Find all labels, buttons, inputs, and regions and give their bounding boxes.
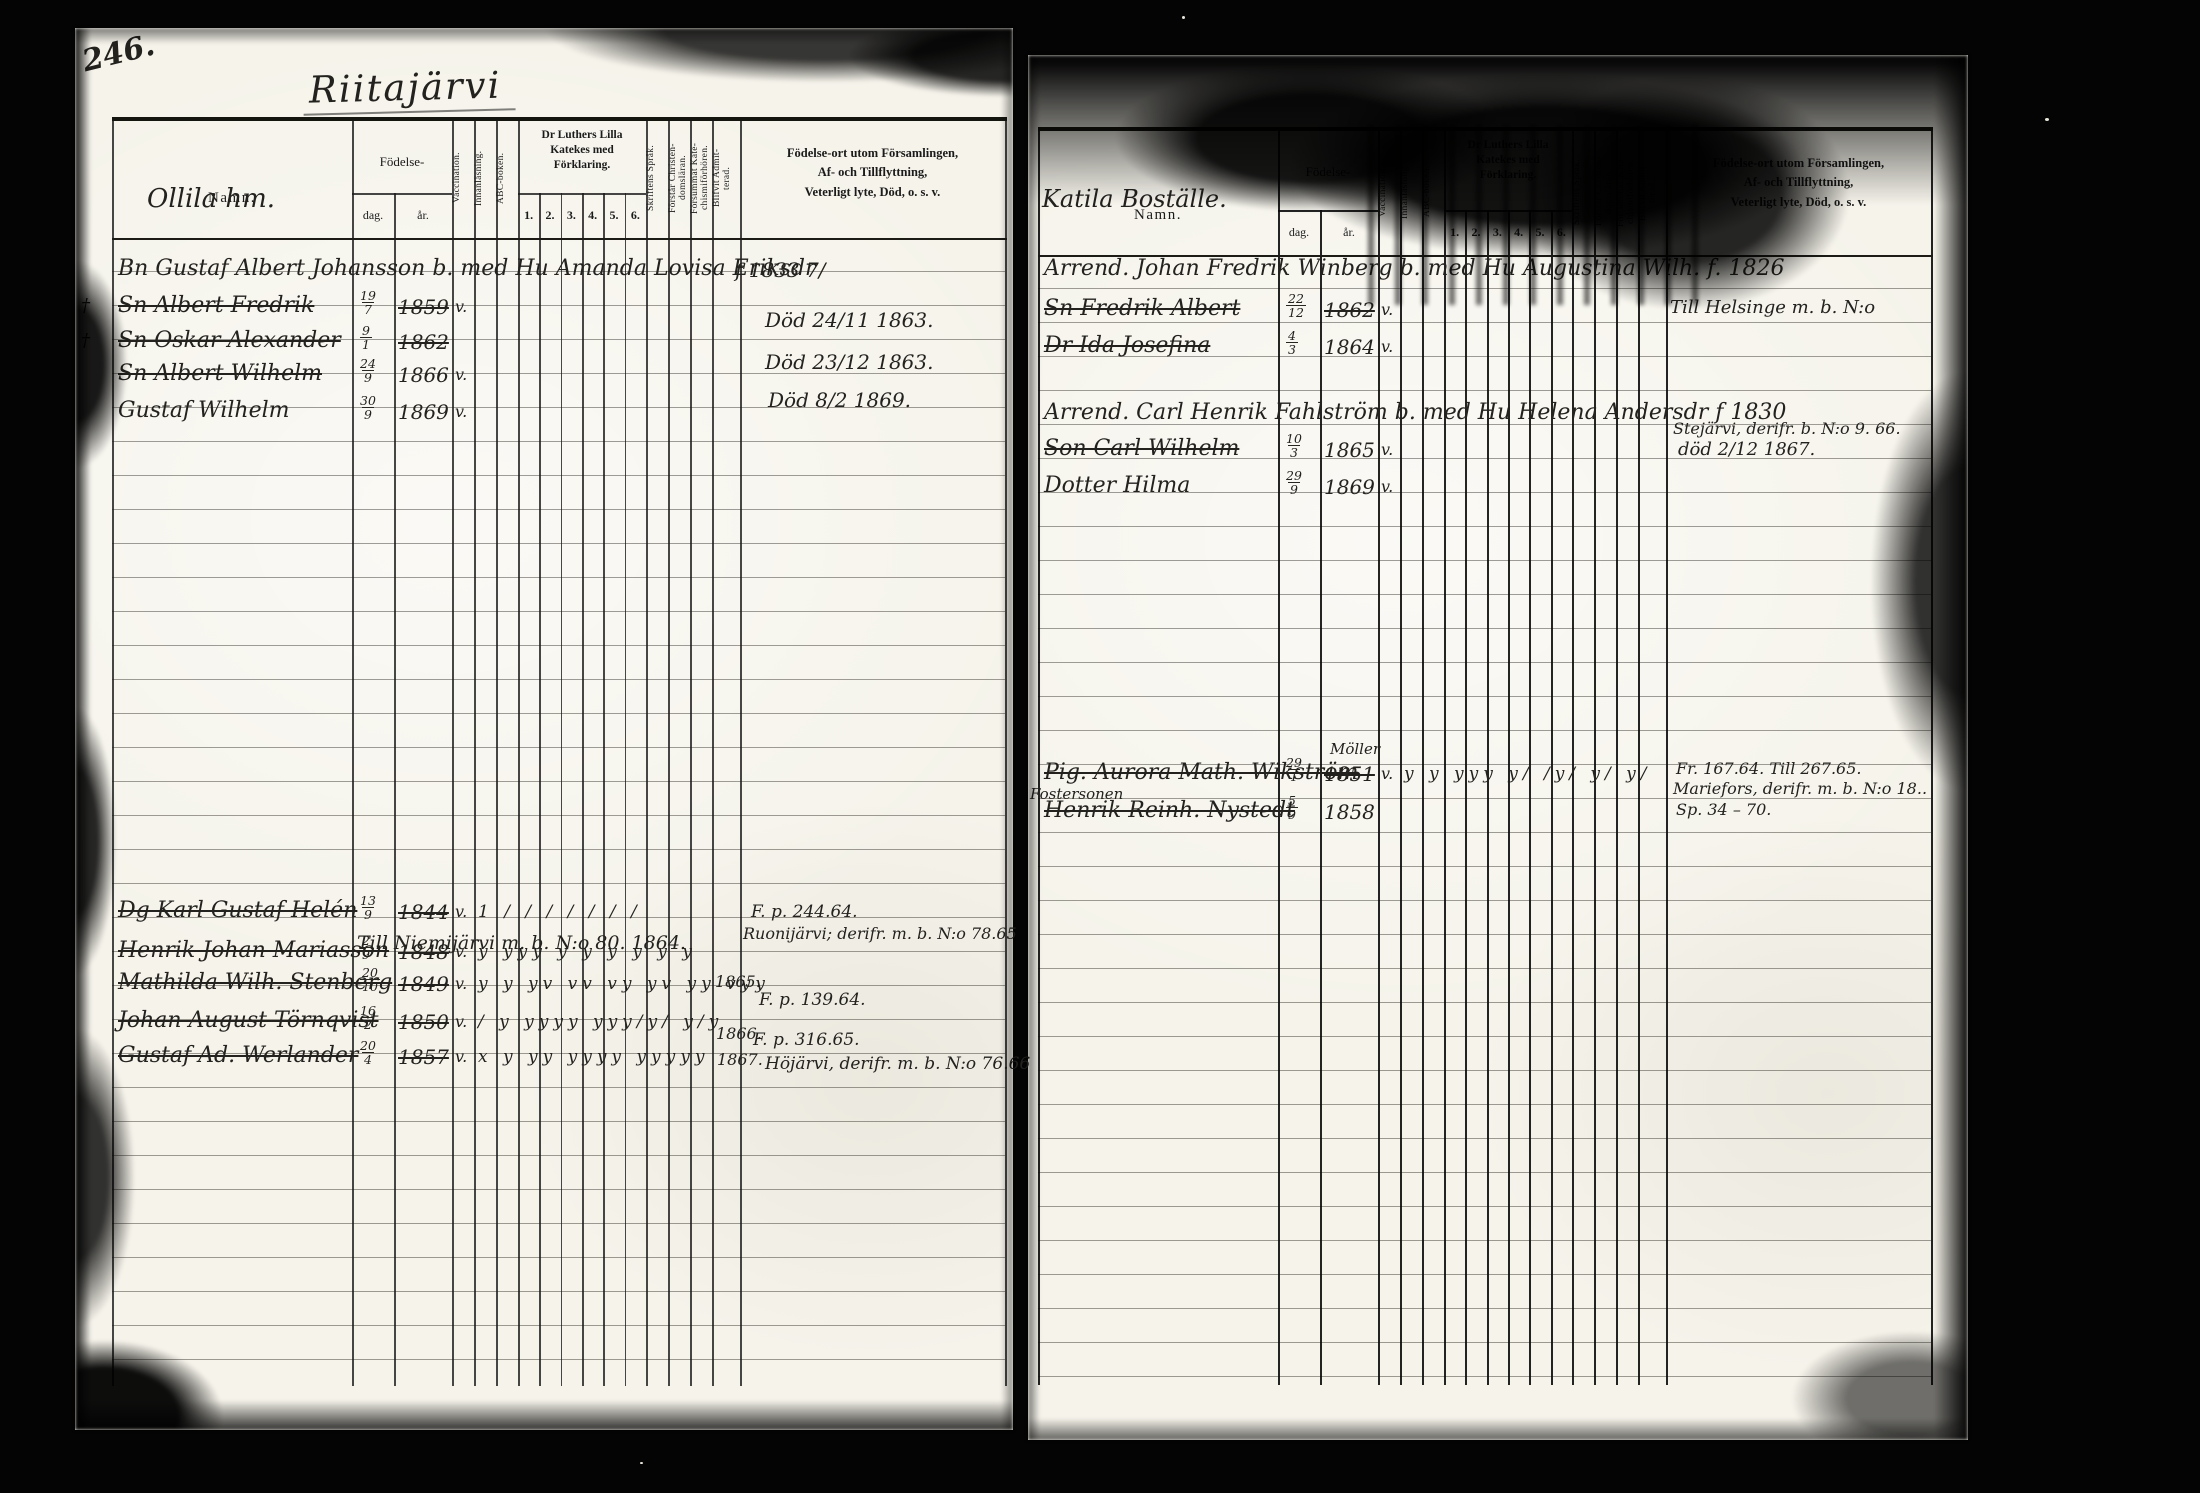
header-remarks-line: Af- och Tillflyttning, [1670, 173, 1927, 192]
frac-top: 13 [360, 894, 376, 907]
entry-birth-year: 1862 [398, 330, 449, 354]
frac-top: 30 [360, 394, 376, 407]
handwritten-note: Mariefors, derifr. m. b. N:o 18.. [1673, 779, 1927, 798]
entry-birth-day: 249 [360, 357, 376, 384]
header-katekes-num: 4. [1508, 225, 1529, 240]
entry-birth-day: 291 [1286, 756, 1302, 783]
handwritten-note: Höjärvi, derifr. m. b. N:o 76.66 [765, 1054, 1030, 1074]
header-katekes-num: 6. [625, 208, 646, 223]
header-ar: år. [1320, 225, 1378, 240]
column-line [1616, 130, 1618, 1385]
handwritten-note: Ruonijärvi; derifr. m. b. N:o 78.65 [743, 924, 1017, 943]
left-page: 246. Riitajärvi Ollila hm. Namn.Födelse-… [75, 28, 1013, 1430]
entry-name: Mathilda Wilh. Stenberg [118, 970, 392, 995]
entry-examination-marks: / y yyyy yyy/y/ y/y [478, 1012, 723, 1032]
dust-speck [640, 1462, 643, 1464]
entry-name: Dg Karl Gustaf Helén [118, 898, 357, 923]
entry-birth-year: 1850 [398, 1010, 449, 1034]
entry-examination-marks: y y yyy y/ /y/ y/ y/ [1404, 764, 1652, 784]
frac-top: 10 [1286, 432, 1302, 445]
column-line [474, 120, 476, 1386]
column-line [1508, 210, 1510, 1385]
header-fodelse: Födelse- [352, 154, 452, 170]
katekes-split-line [518, 193, 646, 195]
entry-birth-day: 299 [1286, 469, 1302, 496]
header-remarks: Födelse-ort utom Församlingen,Af- och Ti… [744, 144, 1001, 202]
entry-birth-year: 1851 [1324, 762, 1375, 786]
handwritten-note: † [81, 330, 90, 351]
entry-birth-day: 197 [360, 289, 376, 316]
frac-bottom: 1 [1288, 769, 1300, 783]
header-forsummat-katechismiforhoren: Försummat Kate- chismiförhören. [1616, 134, 1638, 249]
entry-birth-year: 1865 [1324, 438, 1375, 462]
entry-birth-year: 1869 [398, 400, 449, 424]
handwritten-note: F. p. 139.64. [759, 990, 866, 1010]
header-remarks-line: Veterligt lyte, Död, o. s. v. [744, 183, 1001, 202]
entry-vaccination-mark: v. [455, 1012, 467, 1031]
frac-top: 19 [360, 289, 376, 302]
header-innanlasning: Innanläsning. [474, 124, 496, 232]
entry-birth-year: 1866 [398, 363, 449, 387]
left-farm-name: Ollila hm. [147, 184, 275, 214]
entry-name: Dotter Hilma [1044, 473, 1190, 498]
entry-vaccination-mark: v. [1381, 337, 1393, 356]
column-line [1320, 210, 1322, 1385]
entry-birth-day: 91 [360, 324, 372, 351]
column-line [539, 193, 541, 1386]
header-skriftens-sprak: Skriftens Språk. [1572, 134, 1594, 249]
entry-name: Sn Albert Fredrik [118, 293, 314, 318]
entry-examination-marks: 1 / / / / / / / [478, 902, 642, 922]
handwritten-note: Fr. 167.64. Till 267.65. [1676, 759, 1862, 778]
entry-birth-year: 1864 [1324, 335, 1375, 359]
frac-top: 24 [360, 357, 376, 370]
frac-top: 20 [360, 1039, 376, 1052]
column-line [1931, 130, 1933, 1385]
column-line [518, 120, 520, 1386]
page-number: 246. [79, 28, 158, 80]
column-line [561, 193, 563, 1386]
frac-top: 16 [360, 1004, 376, 1017]
column-line [112, 120, 114, 1386]
header-forstar-christendomslaran: Förstår Christen- domsläran. [668, 124, 690, 232]
handwritten-note: Möller [1330, 740, 1380, 758]
frac-bottom: 9 [362, 407, 374, 421]
scanned-parish-register: 246. Riitajärvi Ollila hm. Namn.Födelse-… [0, 0, 2200, 1493]
header-blifvit-admitterad: Blifvit Admit- terad. [712, 124, 740, 232]
column-line [1594, 130, 1596, 1385]
entry-name: Arrend. Johan Fredrik Winberg b. med Hu … [1044, 256, 1785, 281]
entry-birth-day: 309 [360, 394, 376, 421]
left-page-title-script: Riitajärvi [302, 63, 516, 116]
table-top-border [112, 117, 1007, 121]
frac-top: 9 [362, 324, 370, 337]
entry-birth-day: 139 [360, 894, 376, 921]
column-line [1278, 130, 1280, 1385]
entry-name: Sn Oskar Alexander [118, 328, 341, 353]
column-line [1529, 210, 1531, 1385]
entry-name: Dr Ida Josefina [1044, 333, 1210, 358]
frac-bottom: 9 [1288, 482, 1300, 496]
entry-birth-day: 2212 [1286, 292, 1306, 319]
entry-birth-year: 1844 [398, 900, 449, 924]
entry-birth-day: 162 [360, 1004, 376, 1031]
header-abc-boken: ABC-boken. [496, 124, 518, 232]
frac-top: 29 [1286, 756, 1302, 769]
entry-birth-year: 1849 [398, 972, 449, 996]
header-katekes-num: 2. [539, 208, 560, 223]
frac-top: 29 [1286, 469, 1302, 482]
frac-top: 4 [1288, 329, 1296, 342]
frac-bottom: 7 [362, 302, 374, 316]
frac-bottom: 3 [1288, 445, 1300, 459]
handwritten-note: Till Niemijärvi m. b. N:o 80. 1864. [357, 932, 686, 954]
column-line [496, 120, 498, 1386]
header-vaccination: Vaccination. [452, 124, 474, 232]
column-line [603, 193, 605, 1386]
handwritten-note: Död 8/2 1869. [768, 388, 911, 412]
entry-vaccination-mark: v. [1381, 440, 1393, 459]
entry-examination-marks: x y yy yyyy yyyyy [478, 1047, 709, 1067]
header-abc-boken: ABC-boken. [1422, 134, 1444, 249]
column-line [1465, 210, 1467, 1385]
handwritten-note: f 1833 7/ [735, 258, 825, 282]
header-katekes-num: 3. [561, 208, 582, 223]
entry-birth-year: 1859 [398, 295, 449, 319]
header-fodelse: Födelse- [1278, 164, 1378, 180]
frac-bottom: 10 [360, 979, 380, 993]
header-forstar-christendomslaran: Förstår Christen- domsläran. [1594, 134, 1616, 249]
header-remarks: Födelse-ort utom Församlingen,Af- och Ti… [1670, 154, 1927, 212]
entry-vaccination-mark: v. [455, 974, 467, 993]
table-top-border [1038, 127, 1933, 131]
header-forsummat-katechismiforhoren: Försummat Kate- chismiförhören. [690, 124, 712, 232]
right-page: Katila Boställe. Namn.Födelse-dag.år.Vac… [1028, 55, 1968, 1440]
entry-birth-year: 1858 [1324, 800, 1375, 824]
frac-bottom: 12 [1286, 305, 1306, 319]
entry-name: Henrik Johan Mariasson [118, 938, 389, 963]
entry-birth-year: 1857 [398, 1045, 449, 1069]
header-katekes-num: 6. [1551, 225, 1572, 240]
frac-bottom: 2 [362, 1017, 374, 1031]
handwritten-note: Död 23/12 1863. [765, 350, 934, 374]
fodelse-split-line [352, 193, 452, 195]
header-blifvit-admitterad: Blifvit Admit- terad. [1638, 134, 1666, 249]
header-katekes: Dr Luthers Lilla Katekes med Förklaring. [1447, 138, 1569, 183]
entry-vaccination-mark: v. [455, 902, 467, 921]
header-katekes-num: 1. [1444, 225, 1465, 240]
column-line [1444, 130, 1446, 1385]
handwritten-note: död 2/12 1867. [1678, 439, 1815, 460]
entry-vaccination-mark: v. [1381, 300, 1393, 319]
column-line [352, 120, 354, 1386]
frac-bottom: 9 [1286, 807, 1298, 821]
handwritten-note: † [81, 295, 90, 316]
header-innanlasning: Innanläsning. [1400, 134, 1422, 249]
header-skriftens-sprak: Skriftens Språk. [646, 124, 668, 232]
header-katekes-num: 3. [1487, 225, 1508, 240]
entry-birth-year: 1862 [1324, 298, 1375, 322]
column-line [1638, 130, 1640, 1385]
dust-speck [2045, 118, 2049, 121]
column-line [452, 120, 454, 1386]
header-katekes-num: 2. [1465, 225, 1486, 240]
right-farm-name: Katila Boställe. [1042, 185, 1227, 213]
header-katekes-num: 5. [603, 208, 624, 223]
dust-speck [1182, 16, 1185, 19]
frac-top: 20 [362, 966, 378, 979]
handwritten-note: F. p. 316.65. [753, 1030, 860, 1050]
column-line [1038, 130, 1040, 1385]
header-ar: år. [394, 208, 452, 223]
entry-name: Gustaf Ad. Werlander [118, 1043, 358, 1068]
header-vaccination: Vaccination. [1378, 134, 1400, 249]
handwritten-note: Fostersonen [1030, 785, 1123, 803]
entry-name: Sn Albert Wilhelm [118, 361, 322, 386]
column-line [1422, 130, 1424, 1385]
frac-top: 22 [1288, 292, 1304, 305]
column-line [1572, 130, 1574, 1385]
handwritten-note: Död 24/11 1863. [765, 308, 934, 332]
column-line [1666, 130, 1668, 1385]
entry-birth-year: 1869 [1324, 475, 1375, 499]
column-line [712, 120, 714, 1386]
entry-name: Pig. Aurora Math. Wikström [1044, 760, 1358, 785]
entry-vaccination-mark: v. [455, 365, 467, 384]
entry-birth-day: 2010 [360, 966, 380, 993]
header-remarks-line: Födelse-ort utom Församlingen, [744, 144, 1001, 163]
entry-name: Sn Fredrik Albert [1044, 296, 1240, 321]
column-line [690, 120, 692, 1386]
header-remarks-line: Veterligt lyte, Död, o. s. v. [1670, 193, 1927, 212]
entry-name: Johan August Törnqvist [118, 1008, 379, 1033]
column-line [668, 120, 670, 1386]
column-line [646, 120, 648, 1386]
handwritten-note: F. p. 244.64. [751, 902, 858, 922]
handwritten-note: Till Helsinge m. b. N:o [1670, 297, 1875, 318]
column-line [1487, 210, 1489, 1385]
katekes-split-line [1444, 210, 1572, 212]
frac-bottom: 4 [362, 1052, 374, 1066]
frac-bottom: 9 [362, 907, 374, 921]
entry-birth-day: 103 [1286, 432, 1302, 459]
handwritten-note: Stejärvi, derifr. b. N:o 9. 66. [1673, 419, 1901, 438]
entry-name: Bn Gustaf Albert Johansson b. med Hu Ama… [118, 256, 816, 281]
header-katekes-num: 4. [582, 208, 603, 223]
entry-birth-day: 43 [1286, 329, 1298, 356]
column-line [740, 120, 742, 1386]
handwritten-note: Sp. 34 – 70. [1676, 800, 1771, 819]
entry-birth-day: 204 [360, 1039, 376, 1066]
entry-vaccination-mark: v. [455, 1047, 467, 1066]
header-remarks-line: Födelse-ort utom Församlingen, [1670, 154, 1927, 173]
entry-vaccination-mark: v. [455, 297, 467, 316]
handwritten-note: 1865. [715, 972, 761, 991]
frac-bottom: 9 [362, 370, 374, 384]
entry-birth-day: 59 [1286, 794, 1298, 821]
entry-vaccination-mark: v. [1381, 764, 1393, 783]
header-katekes: Dr Luthers Lilla Katekes med Förklaring. [521, 128, 643, 173]
entry-vaccination-mark: v. [1381, 477, 1393, 496]
column-line [394, 193, 396, 1386]
column-line [1551, 210, 1553, 1385]
entry-vaccination-mark: v. [455, 402, 467, 421]
frac-top: 5 [1288, 794, 1296, 807]
header-remarks-line: Af- och Tillflyttning, [744, 163, 1001, 182]
frac-bottom: 3 [1286, 342, 1298, 356]
header-bottom-border [112, 238, 1007, 240]
handwritten-note: 1867. [717, 1050, 763, 1069]
entry-name: Gustaf Wilhelm [118, 398, 290, 423]
column-line [625, 193, 627, 1386]
header-katekes-num: 5. [1529, 225, 1550, 240]
entry-name: Son Carl Wilhelm [1044, 436, 1239, 461]
header-katekes-num: 1. [518, 208, 539, 223]
column-line [1400, 130, 1402, 1385]
frac-bottom: 1 [360, 337, 372, 351]
column-line [582, 193, 584, 1386]
header-dag: dag. [1278, 225, 1320, 240]
fodelse-split-line [1278, 210, 1378, 212]
column-line [1005, 120, 1007, 1386]
header-dag: dag. [352, 208, 394, 223]
